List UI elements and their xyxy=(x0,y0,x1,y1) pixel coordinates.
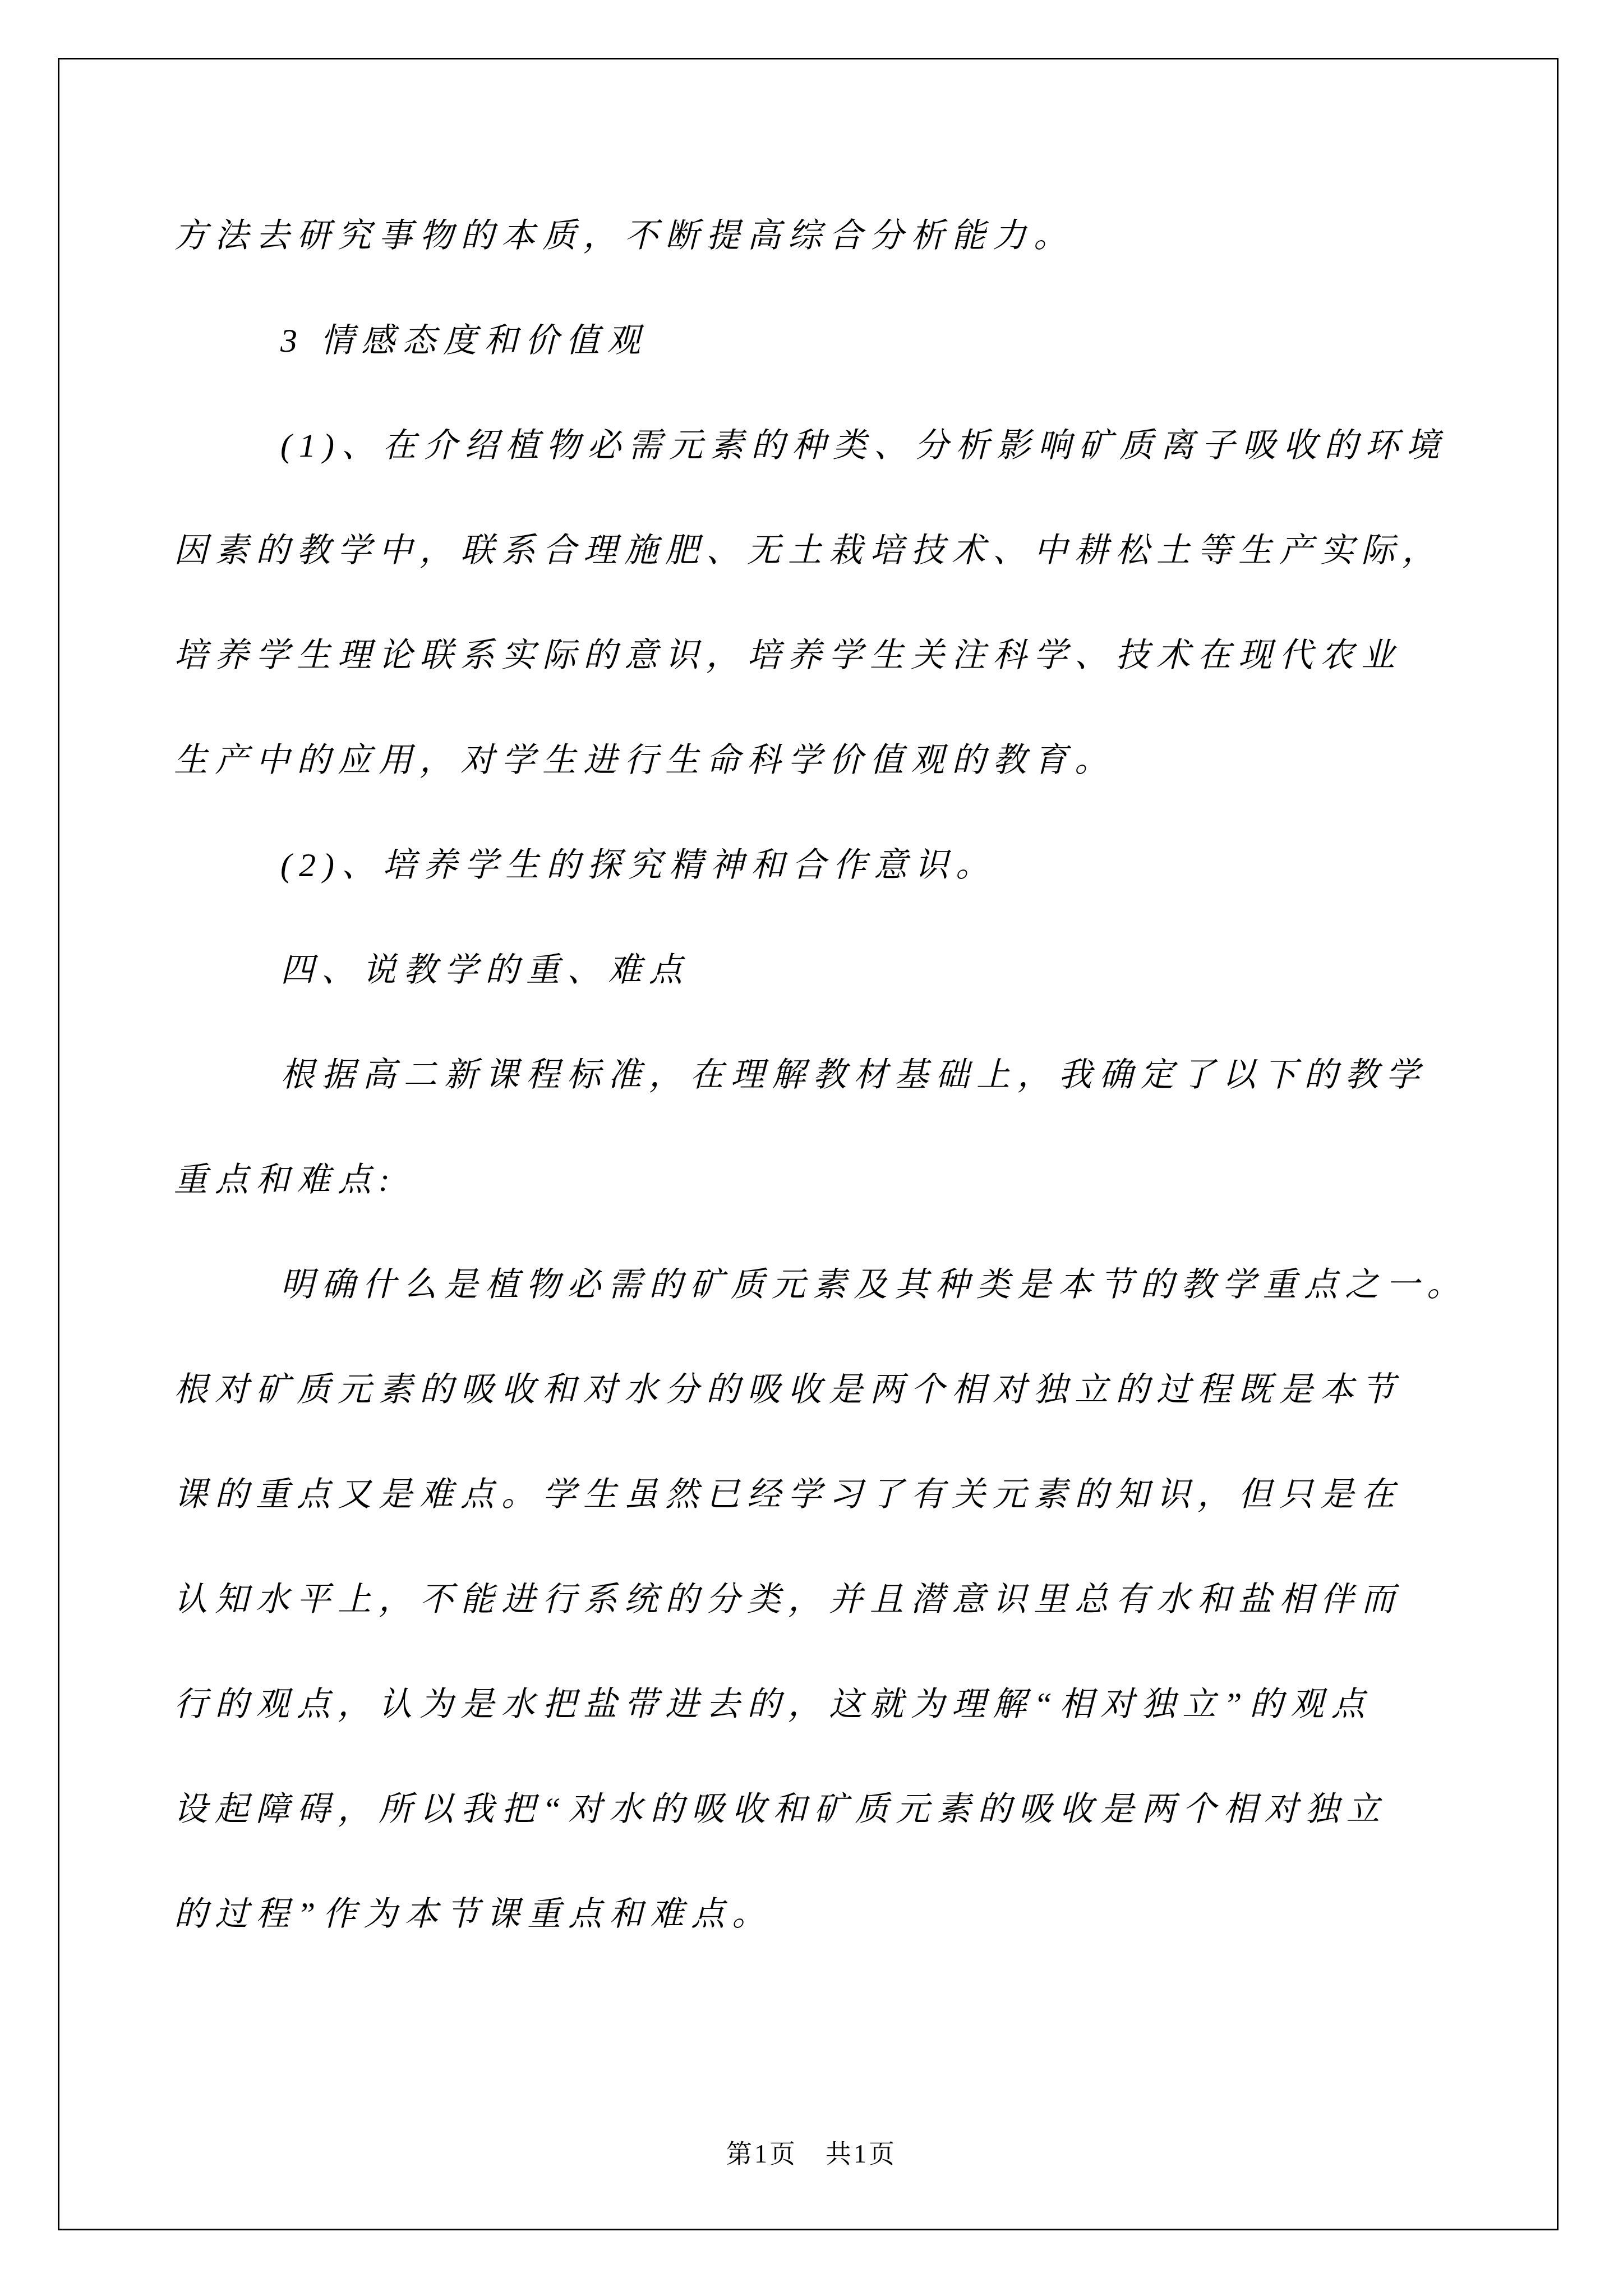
text-line-13: 课的重点又是难点。学生虽然已经学习了有关元素的知识，但只是在 xyxy=(174,1442,1441,1547)
text-line-9: 根据高二新课程标准，在理解教材基础上，我确定了以下的教学 xyxy=(174,1023,1441,1128)
page-footer: 第1页 共1页 xyxy=(0,2126,1623,2182)
text-line-4: 因素的教学中，联系合理施肥、无土栽培技术、中耕松土等生产实际， xyxy=(174,498,1441,603)
text-line-5: 培养学生理论联系实际的意识，培养学生关注科学、技术在现代农业 xyxy=(174,603,1441,708)
text-line-12: 根对矿质元素的吸收和对水分的吸收是两个相对独立的过程既是本节 xyxy=(174,1337,1441,1442)
text-line-2: 3 情感态度和价值观 xyxy=(174,288,1441,393)
text-line-6: 生产中的应用，对学生进行生命科学价值观的教育。 xyxy=(174,708,1441,813)
text-line-8: 四、说教学的重、难点 xyxy=(174,918,1441,1023)
page-number-text: 第1页 共1页 xyxy=(726,2139,897,2168)
text-line-15: 行的观点，认为是水把盐带进去的，这就为理解“相对独立”的观点 xyxy=(174,1652,1441,1757)
text-line-10: 重点和难点: xyxy=(174,1128,1441,1232)
text-line-14: 认知水平上，不能进行系统的分类，并且潜意识里总有水和盐相伴而 xyxy=(174,1547,1441,1652)
text-line-16: 设起障碍，所以我把“对水的吸收和矿质元素的吸收是两个相对独立 xyxy=(174,1757,1441,1862)
text-line-1: 方法去研究事物的本质，不断提高综合分析能力。 xyxy=(174,183,1441,288)
text-line-11: 明确什么是植物必需的矿质元素及其种类是本节的教学重点之一。 xyxy=(174,1232,1441,1337)
document-page: 方法去研究事物的本质，不断提高综合分析能力。 3 情感态度和价值观 (1)、在介… xyxy=(0,0,1623,2296)
text-line-3: (1)、在介绍植物必需元素的种类、分析影响矿质离子吸收的环境 xyxy=(174,393,1441,498)
text-line-17: 的过程”作为本节课重点和难点。 xyxy=(174,1862,1441,1967)
text-line-7: (2)、培养学生的探究精神和合作意识。 xyxy=(174,813,1441,918)
document-body: 方法去研究事物的本质，不断提高综合分析能力。 3 情感态度和价值观 (1)、在介… xyxy=(174,183,1441,1967)
